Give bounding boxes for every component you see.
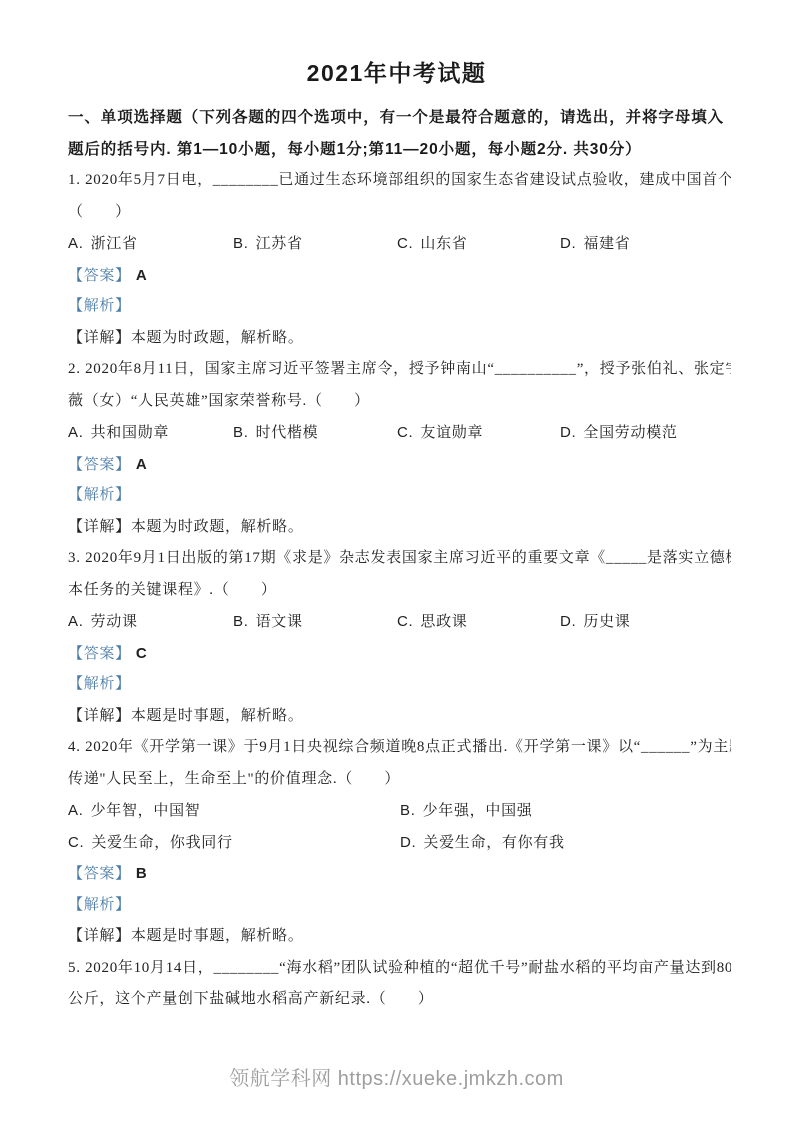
question-3-analysis-row: 【解析】 [68, 669, 731, 701]
question-4-options-row1: A.少年智，中国智 B.少年强，中国强 [68, 795, 731, 827]
question-3-stem-line1: 3. 2020年9月1日出版的第17期《求是》杂志发表国家主席习近平的重要文章《… [68, 543, 731, 575]
question-2-detail-row: 【详解】本题为时政题，解析略。 [68, 512, 731, 544]
option-letter: B. [400, 802, 416, 819]
question-3-options: A.劳动课 B.语文课 C.思政课 D.历史课 [68, 606, 731, 638]
question-4-option-c: C.关爱生命，你我同行 [68, 827, 400, 860]
option-letter: C. [397, 235, 413, 252]
answer-value: B [136, 865, 148, 882]
question-2-option-c: C.友谊勋章 [397, 417, 560, 450]
option-letter: D. [560, 235, 576, 252]
option-letter: A. [68, 235, 84, 252]
question-2-option-b: B.时代楷模 [233, 417, 397, 450]
question-3-answer-row: 【答案】C [68, 638, 731, 670]
analysis-label: 【解析】 [68, 676, 131, 692]
document-body: 一、单项选择题（下列各题的四个选项中，有一个是最符合题意的，请选出，并将字母填入… [0, 90, 793, 1016]
question-1-options: A.浙江省 B.江苏省 C.山东省 D.福建省 [68, 228, 731, 260]
site-watermark: 领航学科网 https://xueke.jmkzh.com [0, 1062, 793, 1091]
option-text: 语文课 [256, 614, 303, 630]
option-text: 少年强，中国强 [423, 803, 533, 819]
question-1-option-d: D.福建省 [560, 228, 731, 261]
question-3-option-b: B.语文课 [233, 606, 397, 639]
answer-value: A [136, 456, 148, 473]
question-1-option-c: C.山东省 [397, 228, 560, 261]
question-2-stem-line1: 2. 2020年8月11日，国家主席习近平签署主席令，授予钟南山“_______… [68, 354, 731, 386]
option-text: 浙江省 [91, 236, 138, 252]
question-1-option-a: A.浙江省 [68, 228, 233, 261]
question-2-stem-line2: 薇（女）“人民英雄”国家荣誉称号.（ ） [68, 386, 731, 418]
option-text: 时代楷模 [256, 425, 319, 441]
page-title: 2021年中考试题 [0, 0, 793, 90]
analysis-label: 【解析】 [68, 897, 131, 913]
option-letter: A. [68, 424, 84, 441]
option-text: 江苏省 [256, 236, 303, 252]
answer-label: 【答案】 [68, 866, 131, 882]
option-letter: C. [397, 424, 413, 441]
question-4-detail-row: 【详解】本题是时事题，解析略。 [68, 921, 731, 953]
option-text: 关爱生命，有你有我 [423, 835, 564, 851]
detail-text: 本题为时政题，解析略。 [131, 519, 304, 535]
question-4-options-row2: C.关爱生命，你我同行 D.关爱生命，有你有我 [68, 827, 731, 859]
option-letter: D. [560, 613, 576, 630]
detail-label: 【详解】 [68, 708, 131, 724]
option-letter: C. [68, 834, 84, 851]
detail-text: 本题是时事题，解析略。 [131, 708, 304, 724]
question-1-stem-line1: 1. 2020年5月7日电，________已通过生态环境部组织的国家生态省建设… [68, 165, 731, 197]
question-1-option-b: B.江苏省 [233, 228, 397, 261]
question-2-analysis-row: 【解析】 [68, 480, 731, 512]
question-3-option-a: A.劳动课 [68, 606, 233, 639]
section-header-line2: 题后的括号内. 第1—10小题，每小题1分;第11—20小题，每小题2分. 共3… [68, 134, 731, 166]
question-1-stem-line2: （ ） [68, 197, 731, 229]
option-letter: C. [397, 613, 413, 630]
option-letter: D. [400, 834, 416, 851]
question-4-option-d: D.关爱生命，有你有我 [400, 827, 731, 860]
detail-label: 【详解】 [68, 928, 131, 944]
detail-label: 【详解】 [68, 330, 131, 346]
question-4-analysis-row: 【解析】 [68, 890, 731, 922]
option-letter: B. [233, 424, 249, 441]
question-3-detail-row: 【详解】本题是时事题，解析略。 [68, 701, 731, 733]
question-3-option-d: D.历史课 [560, 606, 731, 639]
question-1: 1. 2020年5月7日电，________已通过生态环境部组织的国家生态省建设… [68, 165, 731, 354]
question-5-stem-line1: 5. 2020年10月14日，________“海水稻”团队试验种植的“超优千号… [68, 953, 731, 985]
option-text: 劳动课 [91, 614, 138, 630]
analysis-label: 【解析】 [68, 487, 131, 503]
option-text: 友谊勋章 [420, 425, 483, 441]
answer-value: A [136, 267, 148, 284]
question-2-option-a: A.共和国勋章 [68, 417, 233, 450]
question-5: 5. 2020年10月14日，________“海水稻”团队试验种植的“超优千号… [68, 953, 731, 1016]
question-3-option-c: C.思政课 [397, 606, 560, 639]
question-3: 3. 2020年9月1日出版的第17期《求是》杂志发表国家主席习近平的重要文章《… [68, 543, 731, 732]
detail-text: 本题是时事题，解析略。 [131, 928, 304, 944]
answer-value: C [136, 645, 148, 662]
option-text: 思政课 [420, 614, 467, 630]
detail-label: 【详解】 [68, 519, 131, 535]
option-text: 山东省 [420, 236, 467, 252]
question-4-stem-line2: 传递"人民至上，生命至上"的价值理念.（ ） [68, 764, 731, 796]
option-text: 共和国勋章 [91, 425, 170, 441]
question-2-answer-row: 【答案】A [68, 449, 731, 481]
question-4-option-b: B.少年强，中国强 [400, 795, 731, 828]
option-text: 历史课 [583, 614, 630, 630]
question-1-analysis-row: 【解析】 [68, 291, 731, 323]
question-4-answer-row: 【答案】B [68, 858, 731, 890]
question-4-option-a: A.少年智，中国智 [68, 795, 400, 828]
question-1-detail-row: 【详解】本题为时政题，解析略。 [68, 323, 731, 355]
question-4: 4. 2020年《开学第一课》于9月1日央视综合频道晚8点正式播出.《开学第一课… [68, 732, 731, 953]
option-text: 少年智，中国智 [91, 803, 201, 819]
question-4-stem-line1: 4. 2020年《开学第一课》于9月1日央视综合频道晚8点正式播出.《开学第一课… [68, 732, 731, 764]
option-letter: B. [233, 613, 249, 630]
exam-document-page: 2021年中考试题 一、单项选择题（下列各题的四个选项中，有一个是最符合题意的，… [0, 0, 793, 1122]
answer-label: 【答案】 [68, 268, 131, 284]
section-header-line1: 一、单项选择题（下列各题的四个选项中，有一个是最符合题意的，请选出，并将字母填入 [68, 102, 731, 134]
question-5-stem-line2: 公斤，这个产量创下盐碱地水稻高产新纪录.（ ） [68, 984, 731, 1016]
detail-text: 本题为时政题，解析略。 [131, 330, 304, 346]
question-2-options: A.共和国勋章 B.时代楷模 C.友谊勋章 D.全国劳动模范 [68, 417, 731, 449]
question-1-answer-row: 【答案】A [68, 260, 731, 292]
option-text: 关爱生命，你我同行 [91, 835, 232, 851]
option-letter: B. [233, 235, 249, 252]
option-text: 全国劳动模范 [583, 425, 677, 441]
analysis-label: 【解析】 [68, 298, 131, 314]
question-2: 2. 2020年8月11日，国家主席习近平签署主席令，授予钟南山“_______… [68, 354, 731, 543]
option-text: 福建省 [583, 236, 630, 252]
question-2-option-d: D.全国劳动模范 [560, 417, 731, 450]
question-3-stem-line2: 本任务的关键课程》.（ ） [68, 575, 731, 607]
answer-label: 【答案】 [68, 457, 131, 473]
answer-label: 【答案】 [68, 646, 131, 662]
option-letter: A. [68, 802, 84, 819]
option-letter: A. [68, 613, 84, 630]
option-letter: D. [560, 424, 576, 441]
